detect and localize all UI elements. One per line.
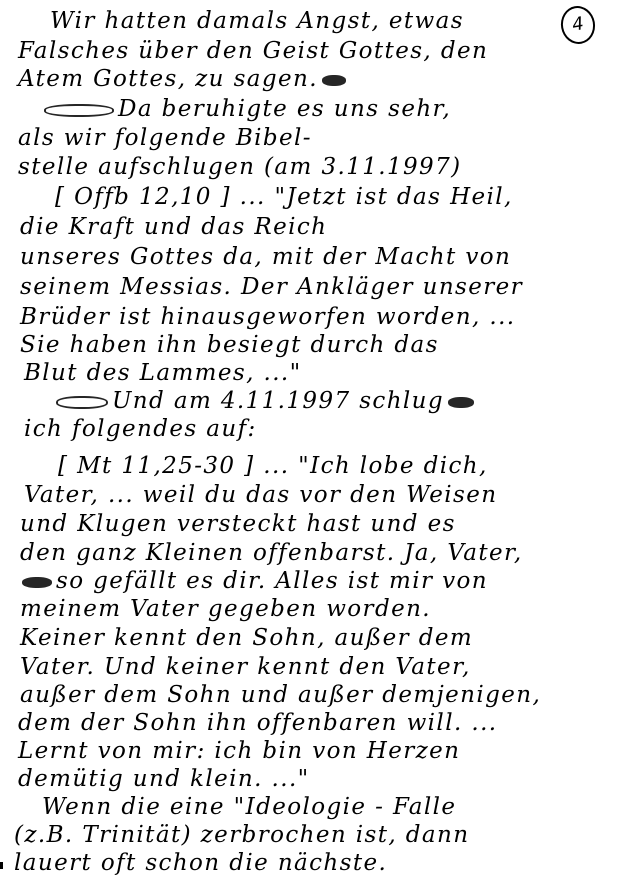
line-text: demütig und klein. ..." [18, 766, 310, 792]
text-line: Da beruhigte es uns sehr, [40, 98, 451, 121]
line-text: unseres Gottes da, mit der Macht von [20, 244, 511, 270]
line-text: Lernt von mir: ich bin von Herzen [18, 738, 460, 764]
line-text: Wenn die eine "Ideologie - Falle [42, 794, 456, 820]
text-line: Atem Gottes, zu sagen. [18, 68, 350, 91]
text-line: Falsches über den Geist Gottes, den [18, 40, 488, 63]
text-line: lauert oft schon die nächste. [14, 852, 387, 875]
text-line: und Klugen versteckt hast und es [20, 513, 456, 536]
text-line: Und am 4.11.1997 schlug [52, 390, 478, 413]
line-text: die Kraft und das Reich [20, 214, 327, 240]
text-line: stelle aufschlugen (am 3.11.1997) [18, 156, 462, 179]
line-text: Sie haben ihn besiegt durch das [20, 332, 439, 358]
line-text: stelle aufschlugen (am 3.11.1997) [18, 154, 462, 180]
scan-artifact [0, 862, 3, 869]
text-line: so gefällt es dir. Alles ist mir von [18, 570, 488, 593]
text-line: Blut des Lammes, ..." [24, 362, 302, 385]
text-line: dem der Sohn ihn offenbaren will. ... [18, 712, 498, 735]
text-line: unseres Gottes da, mit der Macht von [20, 246, 511, 269]
text-line: seinem Messias. Der Ankläger unserer [20, 276, 523, 299]
text-line: Brüder ist hinausgeworfen worden, ... [20, 306, 516, 329]
line-text: seinem Messias. Der Ankläger unserer [20, 274, 523, 300]
line-text: lauert oft schon die nächste. [14, 850, 387, 876]
text-line: Wir hatten damals Angst, etwas [50, 10, 464, 33]
line-text: Und am 4.11.1997 schlug [112, 388, 444, 414]
text-line: als wir folgende Bibel- [18, 127, 312, 150]
handwritten-page: 4 Wir hatten damals Angst, etwas Falsche… [0, 0, 638, 877]
line-text: [ Offb 12,10 ] ... "Jetzt ist das Heil, [55, 184, 513, 210]
line-text: Blut des Lammes, ..." [24, 360, 302, 386]
line-text: meinem Vater gegeben worden. [20, 596, 431, 622]
page-number: 4 [558, 3, 598, 46]
text-line: Vater, ... weil du das vor den Weisen [24, 484, 497, 507]
line-text: Vater. Und keiner kennt den Vater, [20, 654, 471, 680]
text-line: ich folgendes auf: [24, 418, 257, 441]
line-text: Falsches über den Geist Gottes, den [18, 38, 488, 64]
line-text: dem der Sohn ihn offenbaren will. ... [18, 710, 498, 736]
text-line: Wenn die eine "Ideologie - Falle [42, 796, 456, 819]
line-text: Da beruhigte es uns sehr, [118, 96, 451, 122]
text-line: demütig und klein. ..." [18, 768, 310, 791]
text-line: den ganz Kleinen offenbarst. Ja, Vater, [20, 542, 523, 565]
line-text: (z.B. Trinität) zerbrochen ist, dann [14, 822, 469, 848]
line-text: als wir folgende Bibel- [18, 125, 312, 151]
text-line: Vater. Und keiner kennt den Vater, [20, 656, 471, 679]
text-line: [ Mt 11,25-30 ] ... "Ich lobe dich, [58, 455, 488, 478]
line-text: [ Mt 11,25-30 ] ... "Ich lobe dich, [58, 453, 488, 479]
text-line: meinem Vater gegeben worden. [20, 598, 431, 621]
line-text: so gefällt es dir. Alles ist mir von [56, 568, 488, 594]
text-line: die Kraft und das Reich [20, 216, 327, 239]
text-line: Lernt von mir: ich bin von Herzen [18, 740, 460, 763]
text-line: außer dem Sohn und außer demjenigen, [20, 684, 541, 707]
line-text: und Klugen versteckt hast und es [20, 511, 456, 537]
text-line: Sie haben ihn besiegt durch das [20, 334, 439, 357]
line-text: Brüder ist hinausgeworfen worden, ... [20, 304, 516, 330]
line-text: Wir hatten damals Angst, etwas [50, 8, 464, 34]
line-text: Atem Gottes, zu sagen. [18, 66, 318, 92]
line-text: Vater, ... weil du das vor den Weisen [24, 482, 497, 508]
crossed-out-mark [322, 75, 346, 86]
text-line: [ Offb 12,10 ] ... "Jetzt ist das Heil, [55, 186, 513, 209]
line-text: ich folgendes auf: [24, 416, 257, 442]
text-line: Keiner kennt den Sohn, außer dem [20, 627, 473, 650]
crossed-out-mark [56, 396, 108, 409]
line-text: außer dem Sohn und außer demjenigen, [20, 682, 541, 708]
line-text: den ganz Kleinen offenbarst. Ja, Vater, [20, 540, 523, 566]
crossed-out-mark [44, 104, 114, 117]
crossed-out-mark [448, 397, 474, 408]
crossed-out-mark [22, 577, 52, 588]
text-line: (z.B. Trinität) zerbrochen ist, dann [14, 824, 469, 847]
line-text: Keiner kennt den Sohn, außer dem [20, 625, 473, 651]
